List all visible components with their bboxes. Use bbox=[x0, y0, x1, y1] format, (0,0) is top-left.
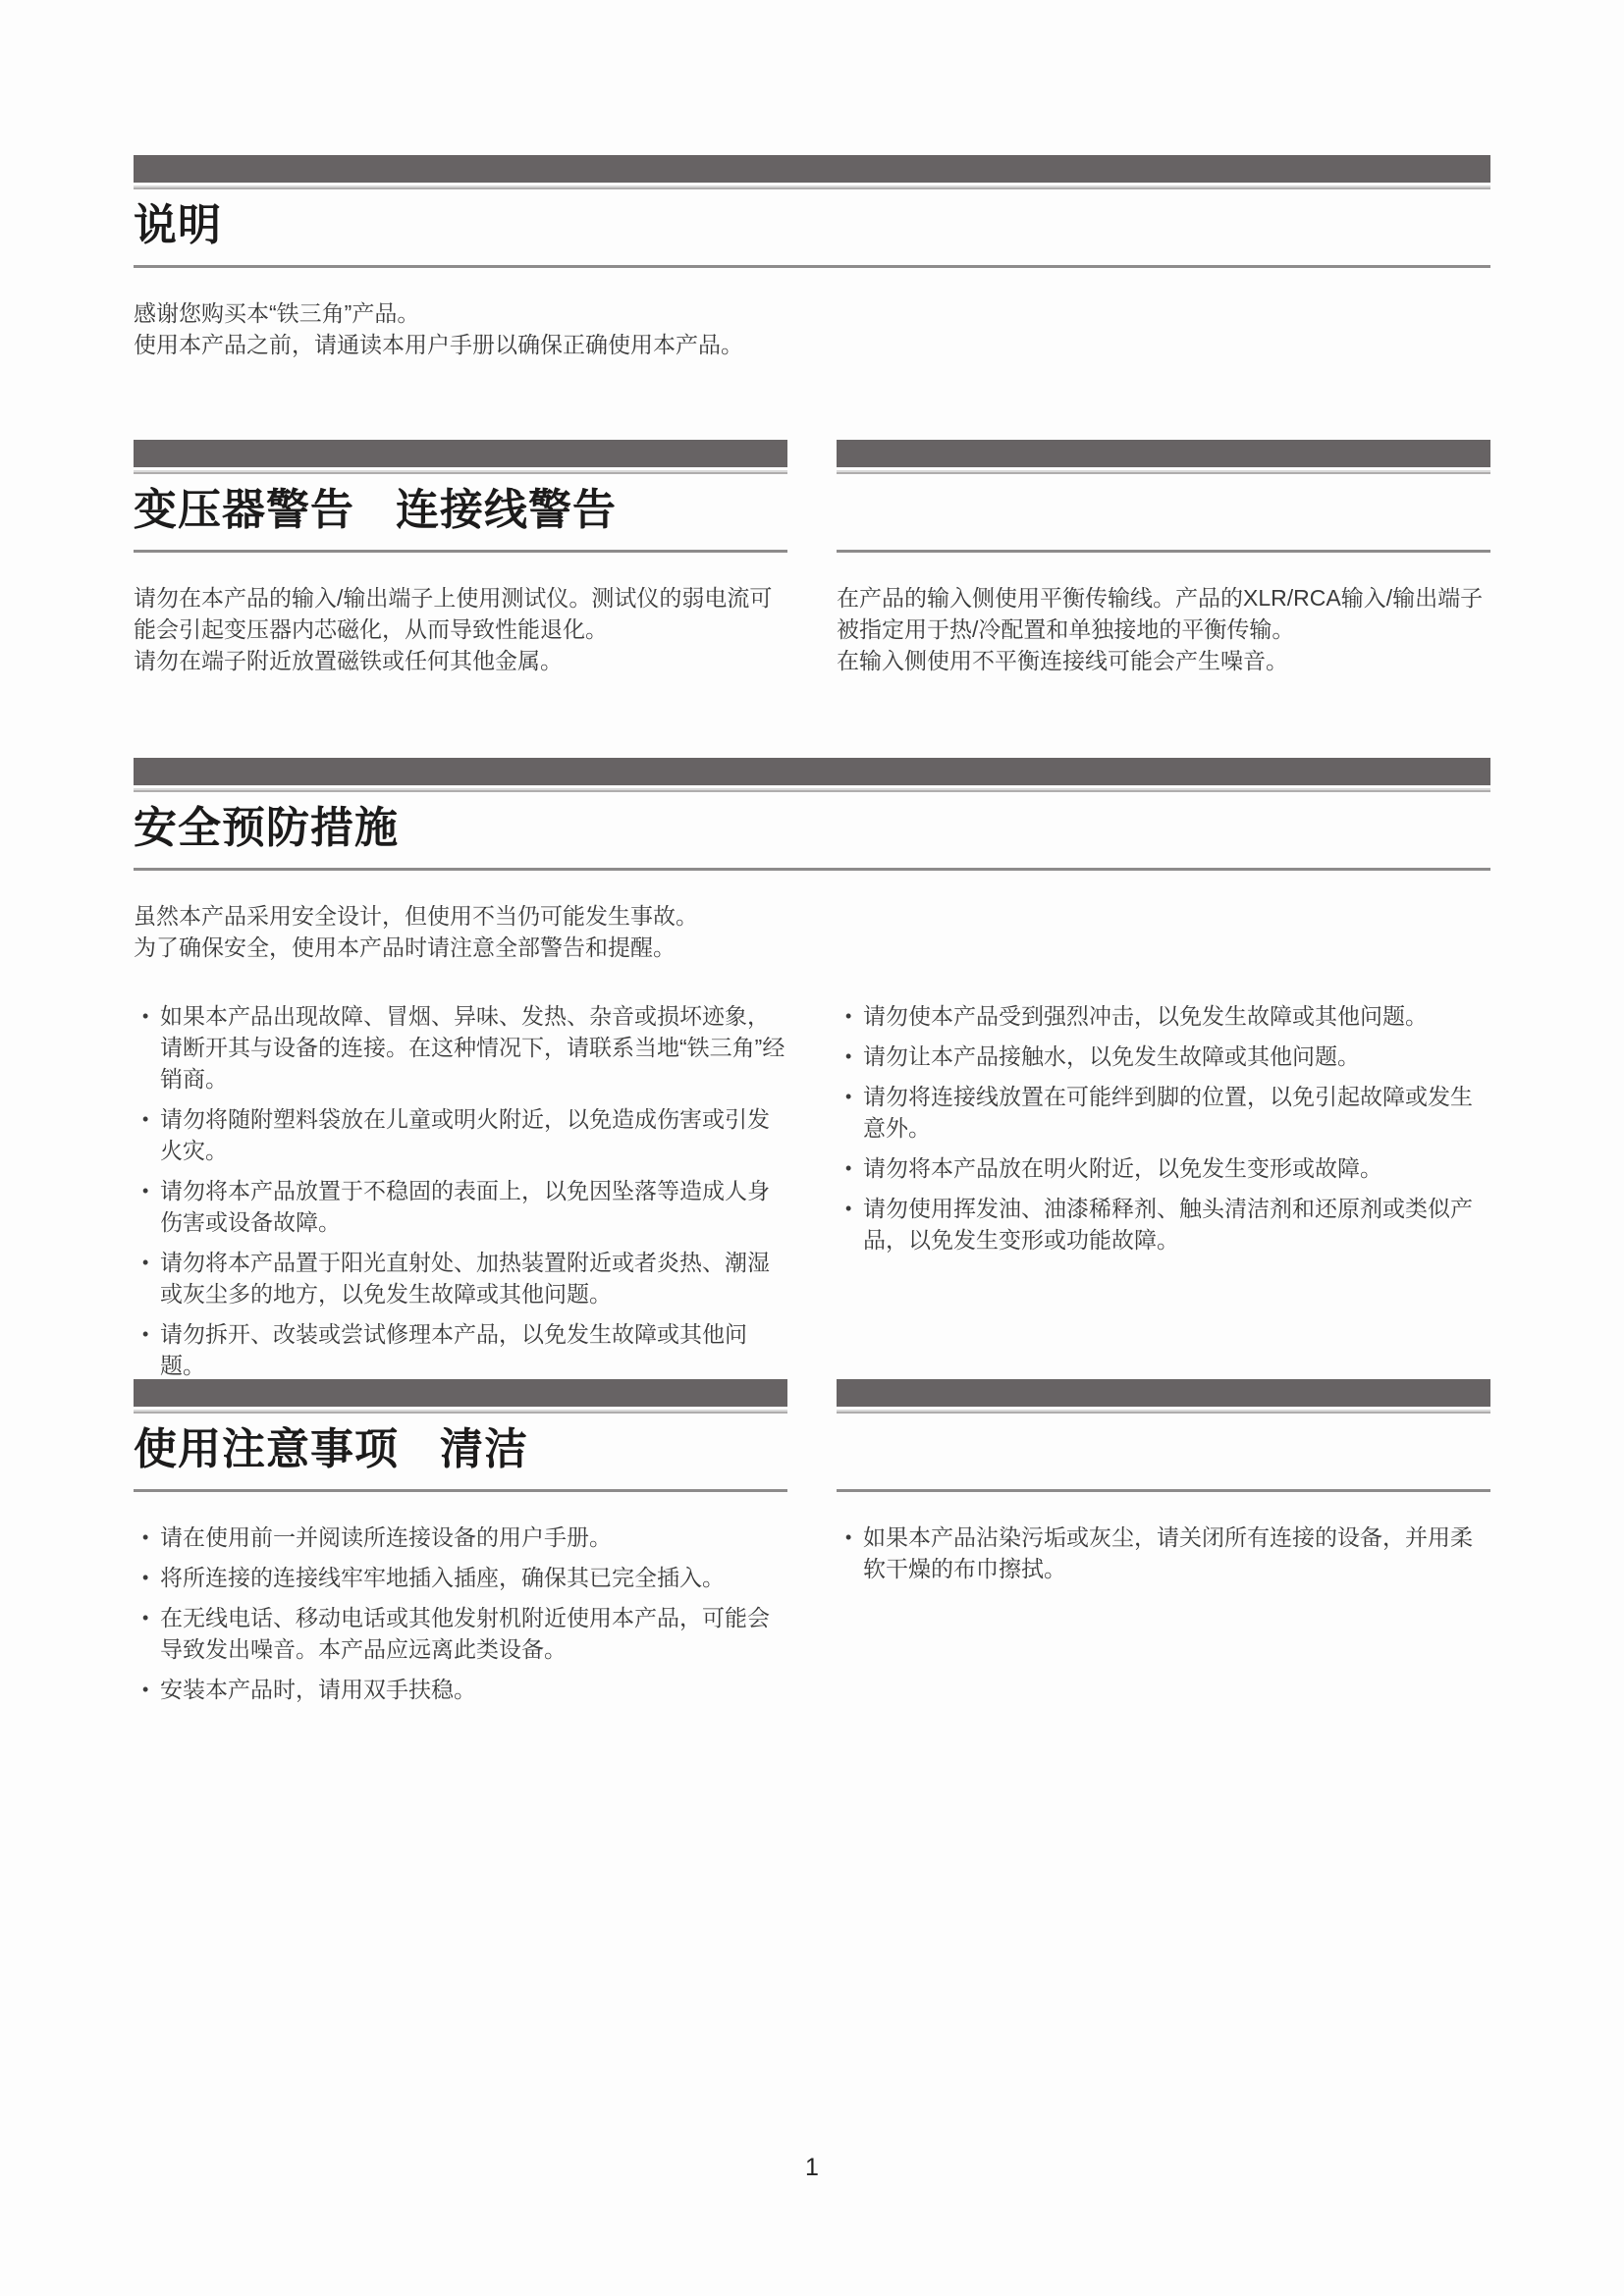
safety-left-list: 如果本产品出现故障、冒烟、异味、发热、杂音或损坏迹象，请断开其与设备的连接。在这… bbox=[134, 1000, 787, 1381]
divider-line bbox=[134, 1489, 787, 1492]
section-header-bar bbox=[837, 440, 1490, 467]
list-item: 请勿将本产品放在明火附近，以免发生变形或故障。 bbox=[837, 1152, 1490, 1184]
safety-right-list: 请勿使本产品受到强烈冲击，以免发生故障或其他问题。 请勿让本产品接触水，以免发生… bbox=[837, 1000, 1490, 1381]
divider-line bbox=[837, 1489, 1490, 1492]
section-heading-row bbox=[837, 474, 1490, 550]
section-heading-row: 说明 bbox=[134, 189, 1490, 265]
page-number: 1 bbox=[134, 2154, 1490, 2182]
section-usage: 使用注意事项清洁 请在使用前一并阅读所连接设备的用户手册。 将所连接的连接线牢牢… bbox=[134, 1379, 1490, 1705]
paragraph: 感谢您购买本“铁三角”产品。 bbox=[134, 297, 1490, 329]
section-heading-row bbox=[837, 1414, 1490, 1489]
list-item: 请勿使用挥发油、油漆稀释剂、触头清洁剂和还原剂或类似产品，以免发生变形或功能故障… bbox=[837, 1193, 1490, 1255]
paragraph: 在输入侧使用不平衡连接线可能会产生噪音。 bbox=[837, 645, 1490, 676]
list-item: 安装本产品时，请用双手扶稳。 bbox=[134, 1674, 787, 1705]
section-safety: 安全预防措施 虽然本产品采用安全设计，但使用不当仍可能发生事故。 为了确保安全，… bbox=[134, 758, 1490, 1381]
warnings-left-column: 变压器警告连接线警告 请勿在本产品的输入/输出端子上使用测试仪。测试仪的弱电流可… bbox=[134, 440, 787, 676]
section-title: 说明 bbox=[134, 203, 222, 248]
safety-intro: 虽然本产品采用安全设计，但使用不当仍可能发生事故。 为了确保安全，使用本产品时请… bbox=[134, 900, 1490, 963]
section-header-bar bbox=[134, 440, 787, 467]
divider-line bbox=[134, 265, 1490, 268]
usage-right-column: 如果本产品沾染污垢或灰尘，请关闭所有连接的设备，并用柔软干燥的布巾擦拭。 bbox=[837, 1379, 1490, 1705]
list-item: 将所连接的连接线牢牢地插入插座，确保其已完全插入。 bbox=[134, 1562, 787, 1593]
safety-bullet-lists: 如果本产品出现故障、冒烟、异味、发热、杂音或损坏迹象，请断开其与设备的连接。在这… bbox=[134, 1000, 1490, 1381]
list-item: 请勿使本产品受到强烈冲击，以免发生故障或其他问题。 bbox=[837, 1000, 1490, 1032]
list-item: 请勿让本产品接触水，以免发生故障或其他问题。 bbox=[837, 1041, 1490, 1072]
title-cable-warning: 连接线警告 bbox=[396, 488, 617, 533]
usage-left-list: 请在使用前一并阅读所连接设备的用户手册。 将所连接的连接线牢牢地插入插座，确保其… bbox=[134, 1522, 787, 1705]
section-heading-row: 安全预防措施 bbox=[134, 792, 1490, 868]
section-header-bar bbox=[837, 1379, 1490, 1407]
divider-line bbox=[134, 868, 1490, 871]
list-item: 请勿将连接线放置在可能绊到脚的位置，以免引起故障或发生意外。 bbox=[837, 1081, 1490, 1144]
section-heading-row: 变压器警告连接线警告 bbox=[134, 474, 787, 550]
section-header-bar bbox=[134, 758, 1490, 785]
paragraph: 为了确保安全，使用本产品时请注意全部警告和提醒。 bbox=[134, 932, 1490, 963]
section-title: 使用注意事项清洁 bbox=[134, 1427, 528, 1472]
usage-right-list: 如果本产品沾染污垢或灰尘，请关闭所有连接的设备，并用柔软干燥的布巾擦拭。 bbox=[837, 1522, 1490, 1584]
list-item: 请在使用前一并阅读所连接设备的用户手册。 bbox=[134, 1522, 787, 1553]
section-header-bar bbox=[134, 1379, 787, 1407]
divider-line bbox=[837, 550, 1490, 553]
list-item: 在无线电话、移动电话或其他发射机附近使用本产品，可能会导致发出噪音。本产品应远离… bbox=[134, 1602, 787, 1665]
section-intro: 说明 感谢您购买本“铁三角”产品。 使用本产品之前，请通读本用户手册以确保正确使… bbox=[134, 155, 1490, 360]
section-title: 安全预防措施 bbox=[134, 806, 399, 851]
list-item: 如果本产品沾染污垢或灰尘，请关闭所有连接的设备，并用柔软干燥的布巾擦拭。 bbox=[837, 1522, 1490, 1584]
usage-left-column: 使用注意事项清洁 请在使用前一并阅读所连接设备的用户手册。 将所连接的连接线牢牢… bbox=[134, 1379, 787, 1705]
section-warnings: 变压器警告连接线警告 请勿在本产品的输入/输出端子上使用测试仪。测试仪的弱电流可… bbox=[134, 440, 1490, 676]
section-title: 变压器警告连接线警告 bbox=[134, 488, 617, 533]
divider-line bbox=[134, 550, 787, 553]
manual-page: 说明 感谢您购买本“铁三角”产品。 使用本产品之前，请通读本用户手册以确保正确使… bbox=[0, 0, 1624, 2296]
paragraph: 请勿在端子附近放置磁铁或任何其他金属。 bbox=[134, 645, 787, 676]
paragraph: 使用本产品之前，请通读本用户手册以确保正确使用本产品。 bbox=[134, 329, 1490, 360]
list-item: 请勿将随附塑料袋放在儿童或明火附近，以免造成伤害或引发火灾。 bbox=[134, 1103, 787, 1166]
list-item: 如果本产品出现故障、冒烟、异味、发热、杂音或损坏迹象，请断开其与设备的连接。在这… bbox=[134, 1000, 787, 1095]
list-item: 请勿拆开、改装或尝试修理本产品，以免发生故障或其他问题。 bbox=[134, 1318, 787, 1381]
section-header-bar bbox=[134, 155, 1490, 183]
paragraph: 请勿在本产品的输入/输出端子上使用测试仪。测试仪的弱电流可能会引起变压器内芯磁化… bbox=[134, 582, 787, 645]
warnings-right-column: 在产品的输入侧使用平衡传输线。产品的XLR/RCA输入/输出端子被指定用于热/冷… bbox=[837, 440, 1490, 676]
list-item: 请勿将本产品置于阳光直射处、加热装置附近或者炎热、潮湿或灰尘多的地方，以免发生故… bbox=[134, 1247, 787, 1309]
intro-text: 感谢您购买本“铁三角”产品。 使用本产品之前，请通读本用户手册以确保正确使用本产… bbox=[134, 297, 1490, 360]
paragraph: 在产品的输入侧使用平衡传输线。产品的XLR/RCA输入/输出端子被指定用于热/冷… bbox=[837, 582, 1490, 645]
section-heading-row: 使用注意事项清洁 bbox=[134, 1414, 787, 1489]
title-cleaning: 清洁 bbox=[440, 1427, 528, 1472]
warning-text: 在产品的输入侧使用平衡传输线。产品的XLR/RCA输入/输出端子被指定用于热/冷… bbox=[837, 582, 1490, 676]
warning-text: 请勿在本产品的输入/输出端子上使用测试仪。测试仪的弱电流可能会引起变压器内芯磁化… bbox=[134, 582, 787, 676]
list-item: 请勿将本产品放置于不稳固的表面上，以免因坠落等造成人身伤害或设备故障。 bbox=[134, 1175, 787, 1238]
title-transformer-warning: 变压器警告 bbox=[134, 486, 354, 534]
paragraph: 虽然本产品采用安全设计，但使用不当仍可能发生事故。 bbox=[134, 900, 1490, 932]
title-usage-notes: 使用注意事项 bbox=[134, 1425, 399, 1473]
